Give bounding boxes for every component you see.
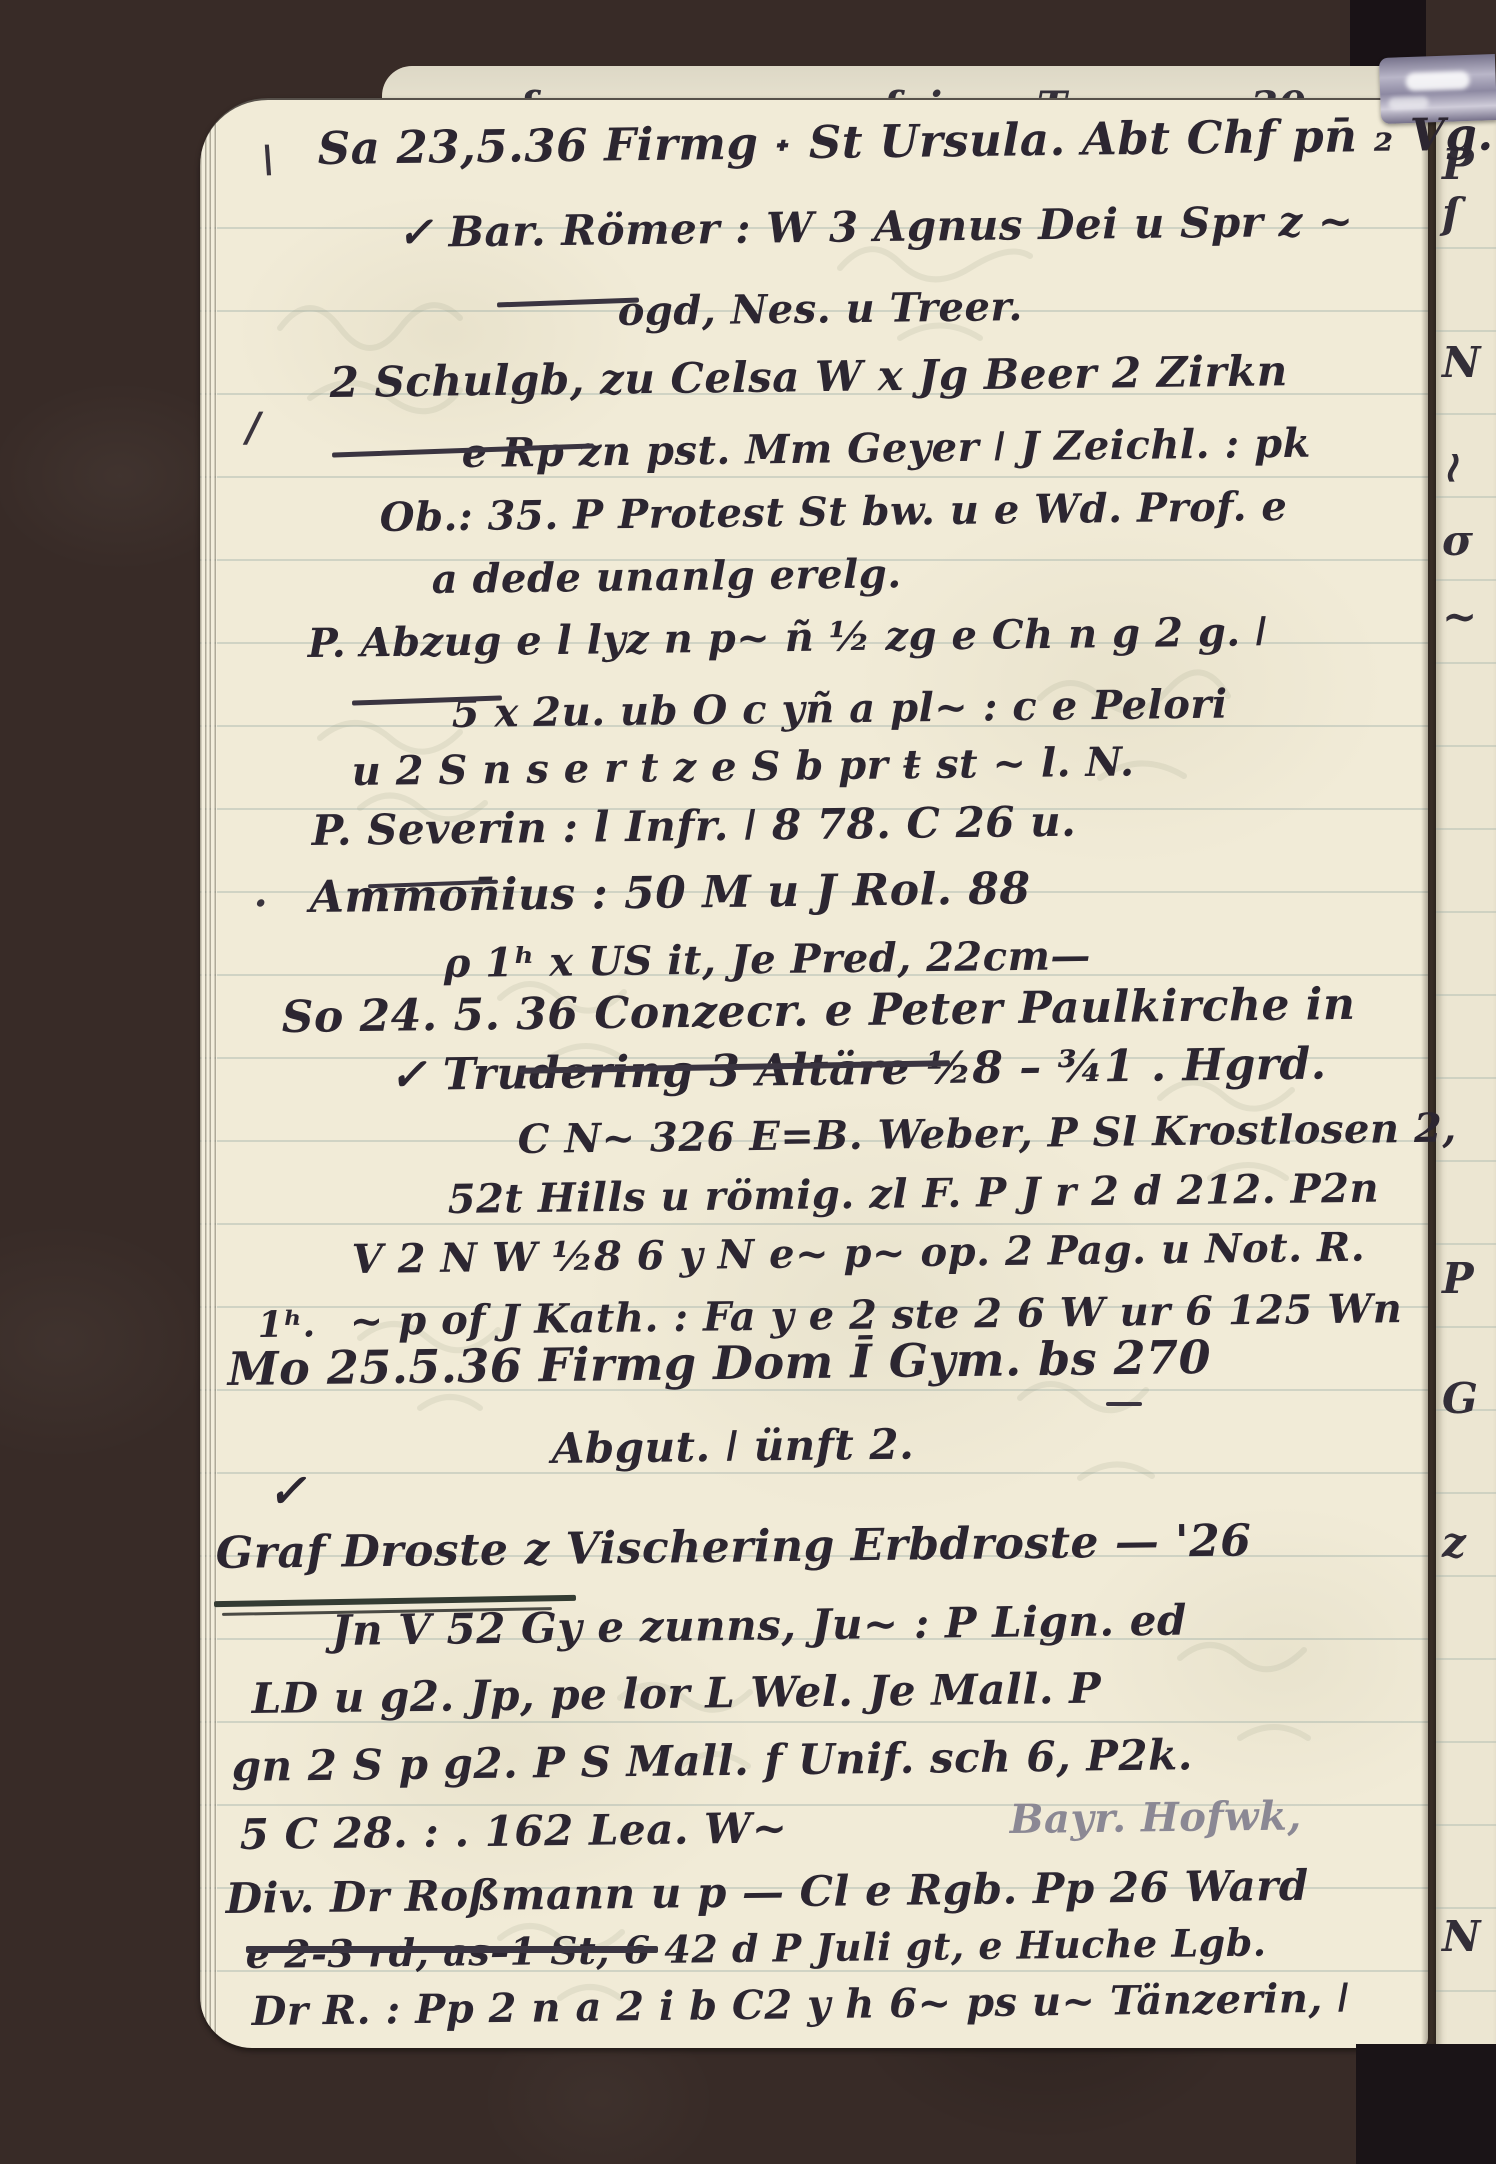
handwriting-line: ∕	[245, 404, 261, 451]
handwriting-line: ✓	[267, 1464, 307, 1518]
handwriting-line: ·	[253, 880, 268, 927]
handwriting-line: ∖	[251, 140, 275, 182]
handwriting-line: P. Severin : l Infr. ǀ 8 78. C 26 u.	[311, 797, 1076, 855]
facing-page-letter-fragment: z	[1442, 1518, 1466, 1567]
page-edge-stack	[200, 100, 217, 2048]
facing-page-letter-fragment: P	[1442, 1254, 1474, 1303]
facing-page-letter-fragment: σ	[1442, 516, 1473, 565]
handwriting-line: 5 x 2u. ub O c yñ a pl~ : c e Pelori	[451, 681, 1227, 737]
handwriting-line: a dede unanlg erelg.	[431, 550, 901, 603]
handwriting-line: Bayr. Hofwk,	[1009, 1792, 1302, 1843]
spine-shadow-bottom	[1356, 2044, 1496, 2164]
handwriting-line: Jn V 52 Gy e zunns, Ju~ : P Lign. ed	[331, 1596, 1187, 1655]
facing-page-letter-fragment: N	[1442, 1912, 1480, 1961]
handwriting-line: u 2 S n s e r t z e S b pr ŧ st ~ l. N.	[351, 738, 1134, 795]
underline-stroke	[1106, 1402, 1142, 1406]
handwriting-line: Abgut. ǀ ünft 2.	[551, 1420, 914, 1473]
facing-page-letter-fragment: G	[1442, 1374, 1478, 1423]
handwriting-line: ρ 1ʰ x US it, Je Pred, 22cm—	[443, 932, 1091, 987]
handwriting-line: 1ʰ.	[257, 1303, 315, 1346]
handwriting-line: ogd, Nes. u Treer.	[617, 283, 1023, 335]
underline-stroke	[246, 1946, 658, 1953]
handwriting-line: LD u g2. Jp, pe lor L Wel. Je Mall. P	[251, 1664, 1101, 1723]
facing-page-letter-fragment: N	[1442, 338, 1480, 387]
book-gutter-shadow	[1421, 100, 1436, 2048]
facing-page-letter-fragment: ≀	[1442, 442, 1458, 491]
facing-page-letter-fragment: ~	[1442, 592, 1477, 641]
handwriting-line: 5 C 28. : . 162 Lea. W~	[239, 1803, 787, 1859]
facing-page-sliver: P ſN≀σ~PGzN	[1436, 106, 1496, 2058]
clip-highlight	[1405, 71, 1470, 91]
handwriting-line: Ammon̄ius : 50 M u J Rol. 88	[309, 863, 1031, 923]
